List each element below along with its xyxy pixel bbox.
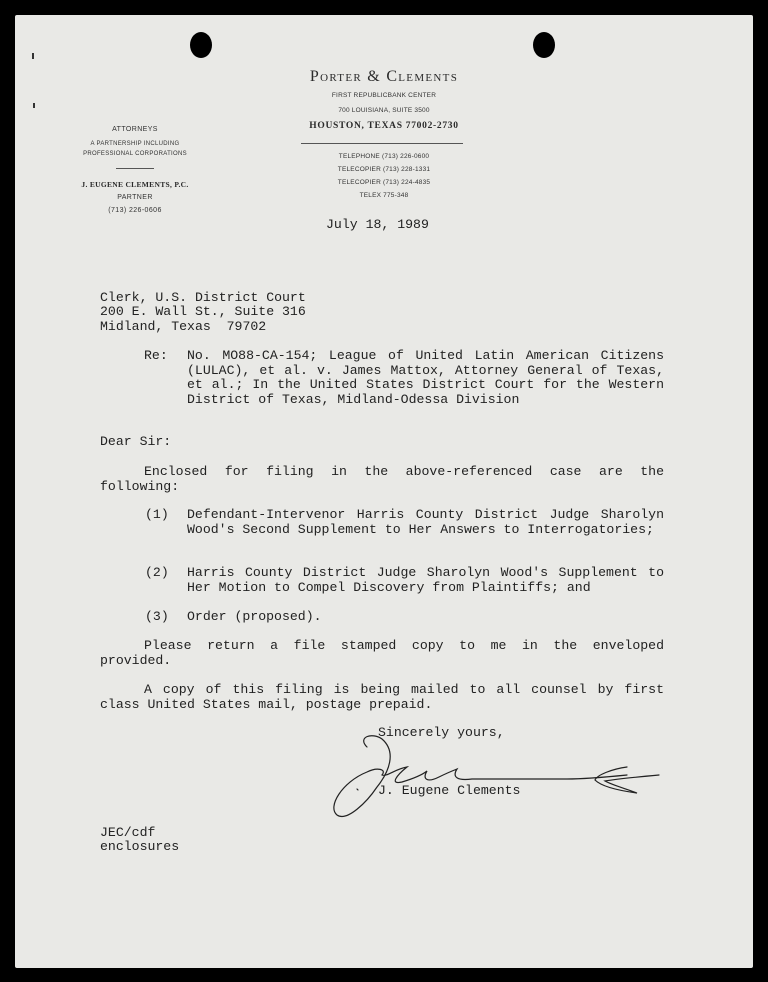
partnership-line: PROFESSIONAL CORPORATIONS [60,151,210,157]
item-text: Order (proposed). [187,610,322,625]
item-text: Harris County District Judge Sharolyn Wo… [187,566,664,595]
attorney-divider [116,168,154,169]
item-text: Defendant-Intervenor Harris County Distr… [187,508,664,537]
phone-line: TELECOPIER (713) 224-4835 [279,179,489,186]
enclosures-note: enclosures [100,840,179,855]
item-number: (2) [145,566,169,581]
signer-name: J. Eugene Clements [378,784,520,799]
letter-page: Porter & Clements FIRST REPUBLICBANK CEN… [15,15,753,968]
item-number: (3) [145,610,169,625]
firm-name: Porter & Clements [279,68,489,86]
recipient-line: 200 E. Wall St., Suite 316 [100,305,306,320]
firm-street: 700 LOUISIANA, SUITE 3500 [279,107,489,114]
letterhead-divider [301,143,463,144]
return-paragraph: Please return a file stamped copy to me … [100,639,664,668]
copy-paragraph: A copy of this filing is being mailed to… [100,683,664,712]
intro-paragraph: Enclosed for filing in the above-referen… [100,465,664,494]
phone-line: TELEPHONE (713) 226-0600 [279,153,489,160]
phone-line: TELECOPIER (713) 228-1331 [279,166,489,173]
punch-hole [190,32,212,58]
scan-mark [33,103,35,108]
re-label: Re: [144,349,168,364]
recipient-line: Midland, Texas 79702 [100,320,266,335]
partner-phone: (713) 226-0606 [60,207,210,214]
handwritten-signature [327,727,667,837]
partner-name: J. EUGENE CLEMENTS, P.C. [60,180,210,189]
firm-building: FIRST REPUBLICBANK CENTER [279,92,489,99]
re-subject: No. MO88-CA-154; League of United Latin … [187,349,664,407]
item-number: (1) [145,508,169,523]
letter-date: July 18, 1989 [326,218,429,233]
salutation: Dear Sir: [100,435,171,450]
firm-city: HOUSTON, TEXAS 77002-2730 [279,121,489,131]
phone-line: TELEX 775-348 [279,192,489,199]
scan-mark [32,53,34,59]
partner-role: PARTNER [60,194,210,201]
attorneys-title: ATTORNEYS [60,126,210,133]
partnership-line: A PARTNERSHIP INCLUDING [60,141,210,147]
punch-hole [533,32,555,58]
